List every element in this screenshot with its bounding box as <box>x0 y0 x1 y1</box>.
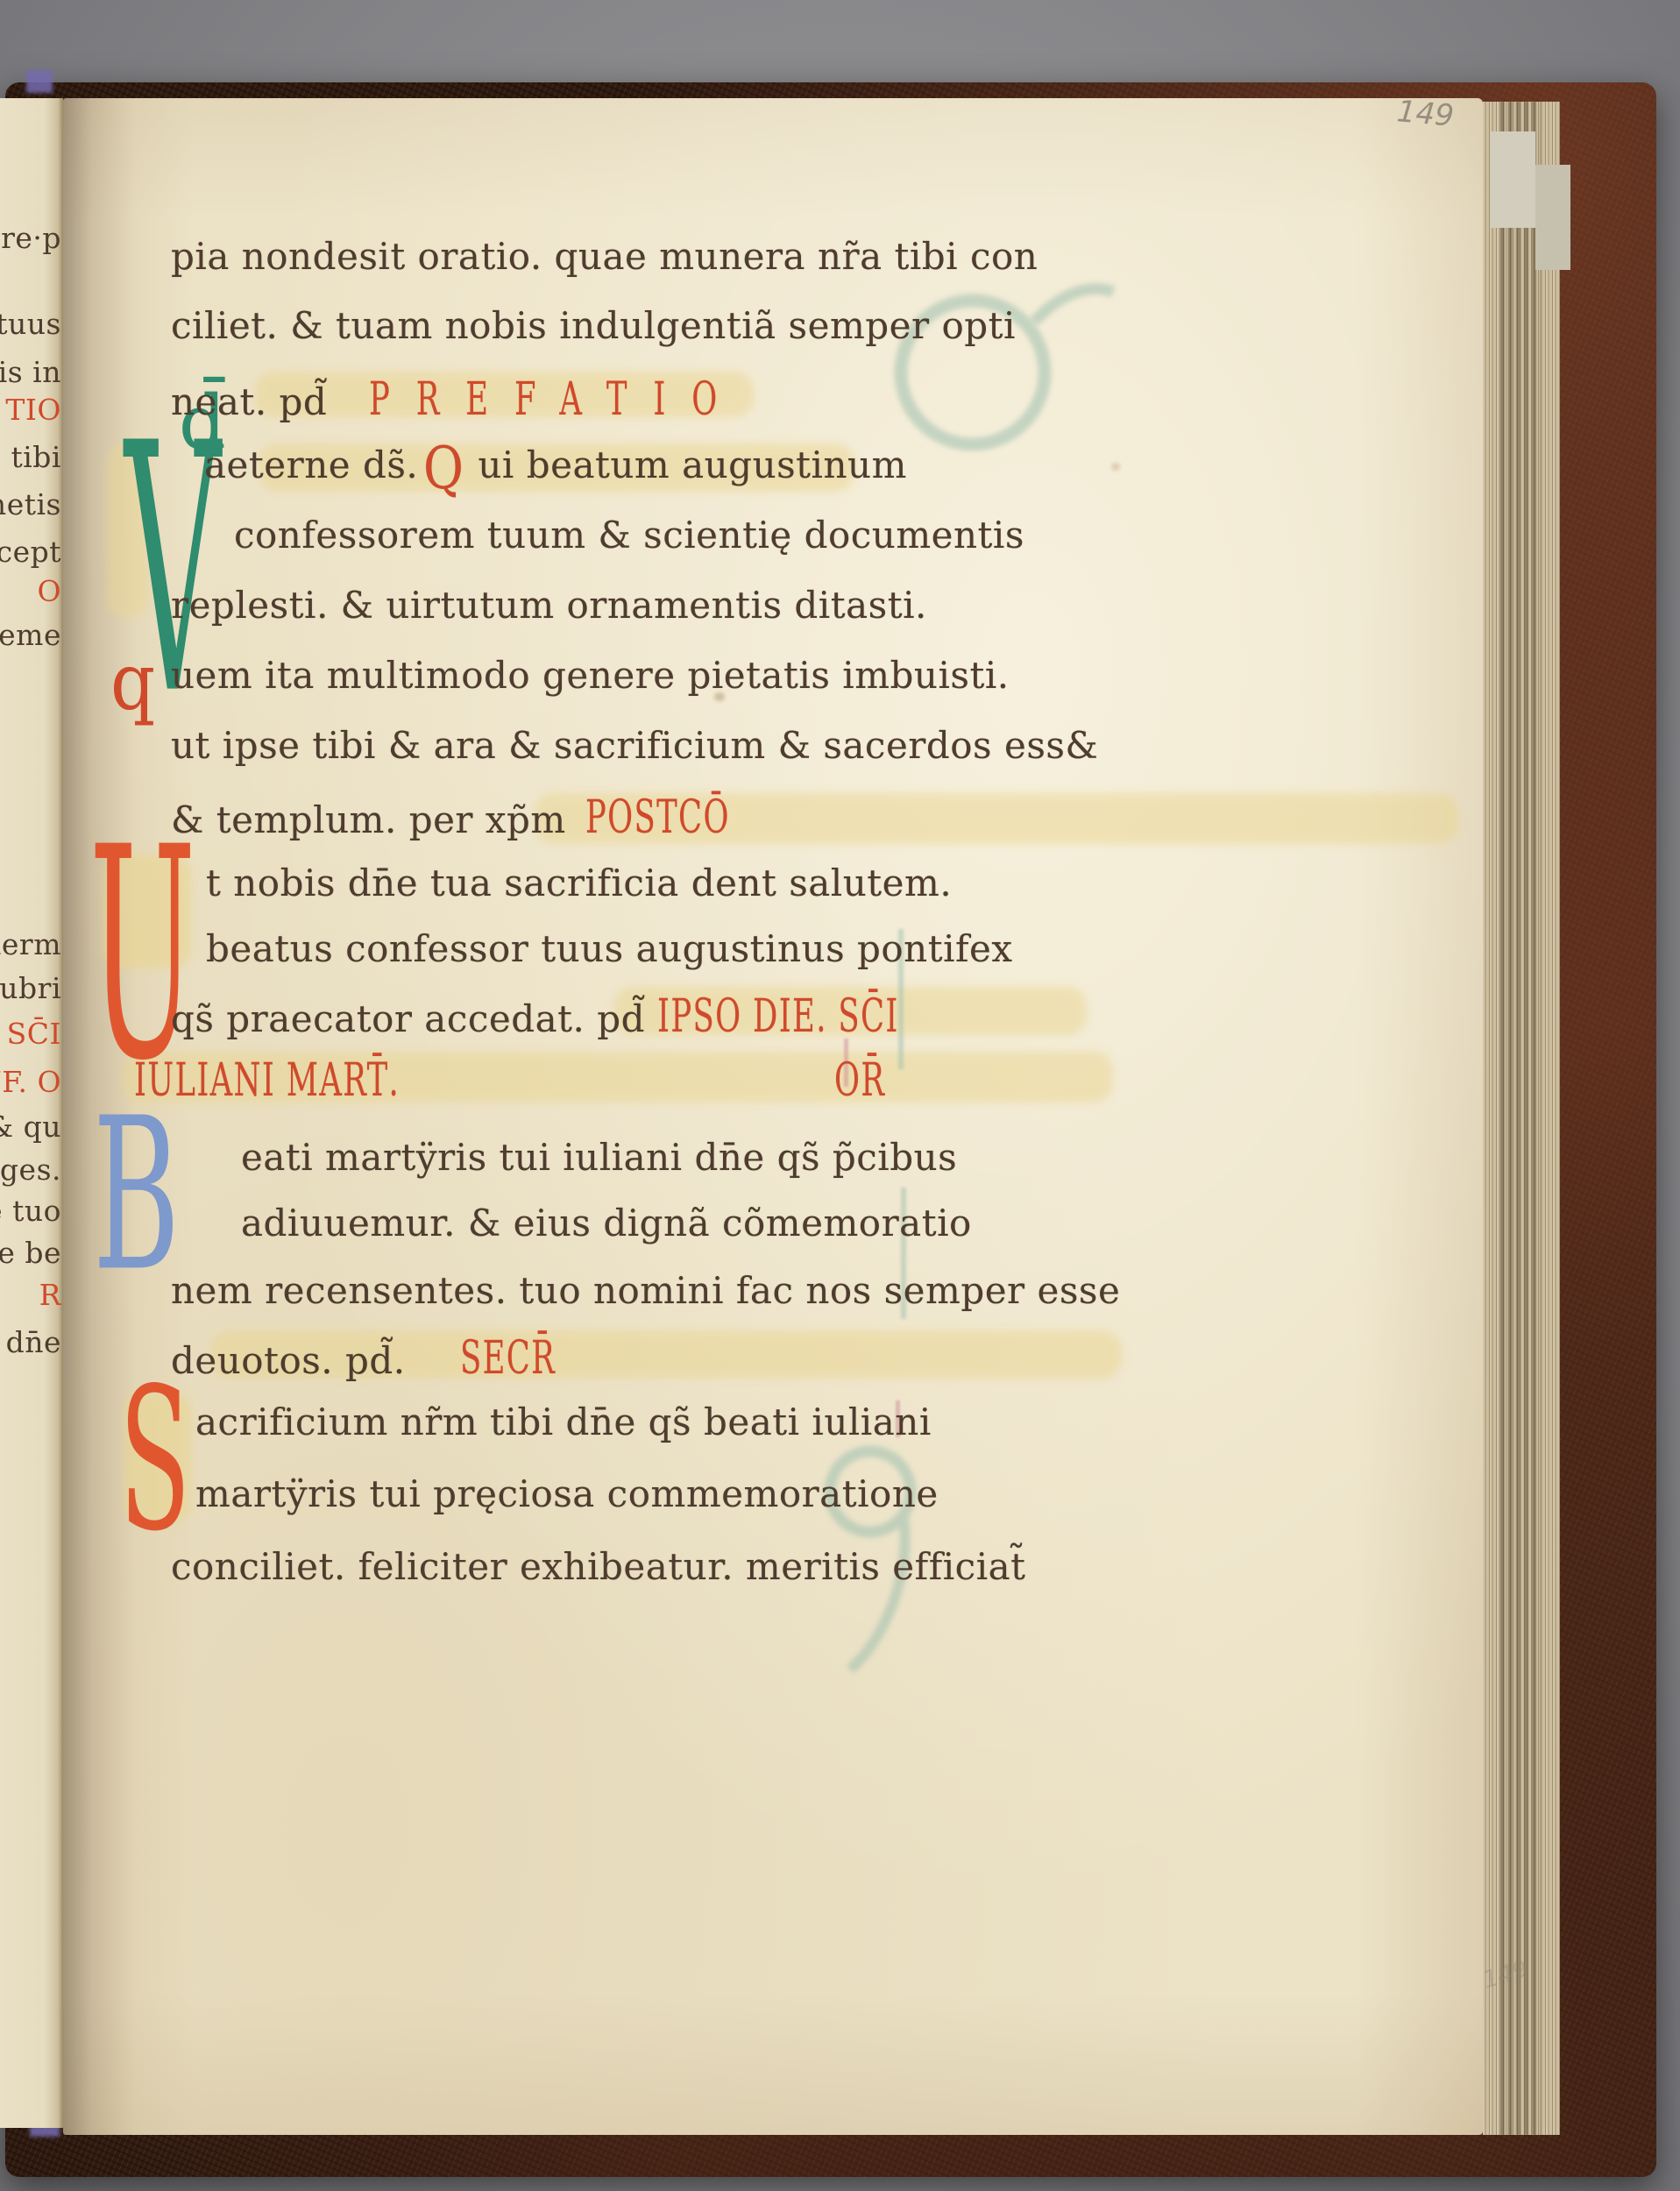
verso-line: are·p <box>0 221 61 255</box>
verso-line: R <box>39 1278 61 1312</box>
line-text: deuotos. pd̃. <box>171 1339 406 1382</box>
line-text: conciliet. feliciter exhibeatur. meritis… <box>171 1545 1026 1588</box>
text-line: t nobis dn̄e tua sacrificia dent salutem… <box>171 862 1187 930</box>
text-line: pia nondesit oratio. quae munera nr̃a ti… <box>171 235 1152 303</box>
line-text: martÿris tui pręciosa commemoratione <box>195 1472 939 1515</box>
text-line: aeterne ds̃.Qui beatum augustinum <box>171 443 1186 512</box>
leaf-edge-step <box>1535 165 1570 270</box>
verso-line: TIO <box>5 393 61 427</box>
verso-line: eato herm <box>0 927 61 961</box>
line-text: qs̃ praecator accedat. pd̃ <box>171 997 645 1040</box>
line-text: acrificium nr̃m tibi dn̄e qs̃ beati iuli… <box>195 1400 932 1443</box>
text-line: ciliet. & tuam nobis indulgentiã semper … <box>171 304 1152 372</box>
leaf-edge-step <box>1490 131 1535 228</box>
verso-line: ndulges. <box>0 1152 61 1187</box>
text-line: & templum. per xp̃mPOSTCŌ <box>171 791 1152 860</box>
text-line: deuotos. pd̃.SECR̄ <box>171 1332 1152 1400</box>
text-line: replesti. & uirtutum ornamentis ditasti. <box>171 584 1152 652</box>
text-line: adiuuemur. & eius dignã cõmemoratio <box>171 1202 1223 1270</box>
text-line: qs̃ praecator accedat. pd̃IPSO DIE. SC̄I <box>171 990 1152 1059</box>
line-text: eati martÿris tui iuliani dn̄e qs̃ p̃cib… <box>241 1136 957 1179</box>
rubric-secr: SECR̄ <box>460 1332 556 1385</box>
verso-line: ribue be <box>0 1236 61 1270</box>
rubric-postco: POSTCŌ <box>585 791 730 844</box>
text-line: confessorem tuum & scientię documentis <box>171 514 1216 582</box>
line-text: pia nondesit oratio. quae munera nr̃a ti… <box>171 235 1038 278</box>
verso-line: O <box>37 574 61 608</box>
text-line: conciliet. feliciter exhibeatur. meritis… <box>171 1545 1152 1613</box>
verso-line: hermetis <box>0 487 61 521</box>
text-line: martÿris tui pręciosa commemoratione <box>171 1472 1177 1541</box>
line-text: nem recensentes. tuo nomini fac nos semp… <box>171 1269 1120 1312</box>
initial-quem-q: q <box>110 652 155 713</box>
text-line: ut ipse tibi & ara & sacrificium & sacer… <box>171 724 1152 792</box>
text-line: eati martÿris tui iuliani dn̄e qs̃ p̃cib… <box>171 1136 1223 1204</box>
photo-backdrop: are·p ne tuus metis in TIO laudis tibi h… <box>0 0 1680 2191</box>
initial-beati-b: B <box>93 1115 180 1279</box>
rubric-ipso-die: IPSO DIE. SC̄I <box>657 990 899 1043</box>
text-line: uem ita multimodo genere pietatis imbuis… <box>171 654 1152 722</box>
line-text: t nobis dn̄e tua sacrificia dent salutem… <box>206 862 952 904</box>
line-text: aeterne ds̃. <box>204 443 418 486</box>
verso-line: s dn̄e <box>0 1325 61 1359</box>
endband-purple-top <box>26 70 53 93</box>
line-text: ut ipse tibi & ara & sacrificium & sacer… <box>171 724 1098 767</box>
rubric-iuliani-mart: IULIANI MART̄. <box>134 1054 400 1107</box>
line-text: confessorem tuum & scientię documentis <box>234 514 1024 557</box>
rubric-prefatio: PREFATIO <box>369 373 743 426</box>
verso-line: us. salubri <box>0 971 61 1005</box>
verso-line: ne tuus <box>0 307 61 341</box>
verso-line: ssore tuo <box>0 1194 61 1228</box>
line-text: replesti. & uirtutum ornamentis ditasti. <box>171 584 927 627</box>
line-text: uem ita multimodo genere pietatis imbuis… <box>171 654 1010 697</box>
verso-line: laudis tibi <box>0 440 61 474</box>
line-text: & templum. per xp̃m <box>171 798 566 841</box>
verso-line: metis in <box>0 355 61 389</box>
text-line: beatus confessor tuus augustinus pontife… <box>171 927 1187 996</box>
verso-line: mus accept <box>0 535 61 569</box>
line-text: ui beatum augustinum <box>478 443 907 486</box>
text-line: IULIANI MART̄.OR̄ <box>134 1054 1116 1123</box>
verso-line: NF. O <box>0 1065 61 1099</box>
line-text: ciliet. & tuam nobis indulgentiã semper … <box>171 304 1016 347</box>
verso-page-sliver: are·p ne tuus metis in TIO laudis tibi h… <box>0 98 63 2128</box>
line-text: neat. pd̃ <box>171 380 327 423</box>
verso-line: ti qs̃ cleme <box>0 618 61 652</box>
verso-line: s ds̃. & qu <box>0 1110 61 1144</box>
folio-number-top: 149 <box>1395 94 1455 134</box>
rubric-or: OR̄ <box>834 1054 885 1107</box>
text-block: pia nondesit oratio. quae munera nr̃a ti… <box>171 235 1152 1655</box>
verso-line: E. SC̄I <box>0 1017 61 1051</box>
text-line: neat. pd̃PREFATIO <box>171 373 1152 442</box>
text-line: nem recensentes. tuo nomini fac nos semp… <box>171 1269 1152 1337</box>
rubric-initial-q-cap: Q <box>423 449 464 489</box>
fore-edge-streaks <box>1500 102 1541 2135</box>
line-text: beatus confessor tuus augustinus pontife… <box>206 927 1013 970</box>
line-text: adiuuemur. & eius dignã cõmemoratio <box>241 1202 972 1244</box>
text-line: acrificium nr̃m tibi dn̄e qs̃ beati iuli… <box>171 1400 1177 1469</box>
